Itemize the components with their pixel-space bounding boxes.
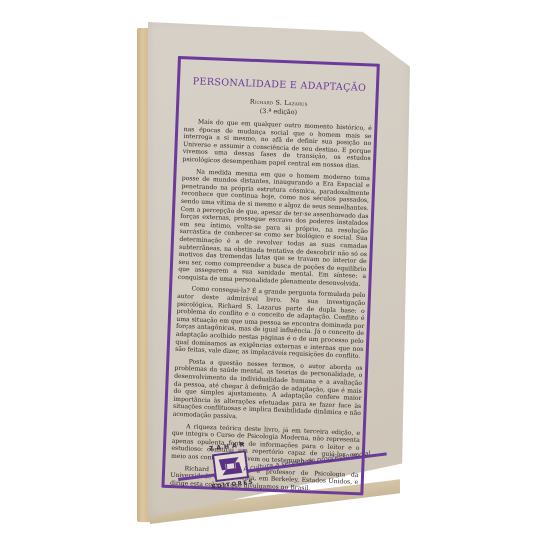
- blurb-paragraph: Como consegui-la? É a grande pergunta fo…: [175, 285, 365, 361]
- blurb-paragraph: Mais do que em qualquer outro momento hi…: [182, 118, 372, 171]
- blurb-paragraph: Na medida mesma em que o homem moderno t…: [178, 167, 370, 288]
- book-title: PERSONALIDADE E ADAPTAÇÃO: [185, 76, 373, 94]
- book-photo: PERSONALIDADE E ADAPTAÇÃO Richard S. Laz…: [0, 0, 550, 550]
- cover-text: PERSONALIDADE E ADAPTAÇÃO Richard S. Laz…: [170, 68, 374, 498]
- blurb-paragraph: Posta a questão nesses termos, o autor a…: [173, 358, 363, 426]
